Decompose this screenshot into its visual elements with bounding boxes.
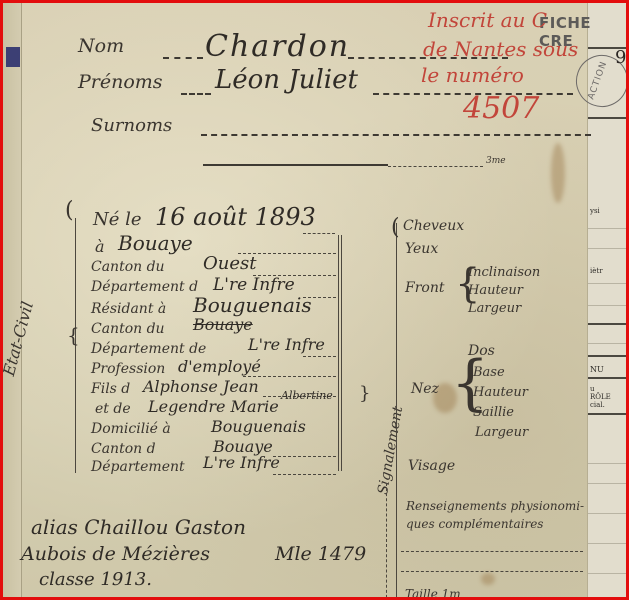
front-item: Largeur bbox=[468, 301, 521, 316]
prenoms-label: Prénoms bbox=[78, 71, 163, 93]
stain bbox=[551, 143, 565, 203]
class-note: classe 1913. bbox=[39, 569, 152, 590]
rule bbox=[588, 483, 626, 484]
mother-label: et de bbox=[95, 401, 131, 417]
departement-value-2: L're Infre bbox=[248, 335, 325, 354]
nez-item: Saillie bbox=[473, 405, 514, 420]
prenoms-value: Léon Juliet bbox=[215, 65, 358, 95]
document-scan: ysi iètr NU u RÔLE cial. FICHE CRE ACTIO… bbox=[3, 3, 626, 597]
profession-value: d'employé bbox=[178, 357, 261, 376]
rule bbox=[588, 283, 626, 284]
stamp-circle-text: ACTION bbox=[586, 60, 609, 101]
card-text: ysi bbox=[590, 207, 600, 215]
nez-item: Hauteur bbox=[473, 385, 528, 400]
front-item: Inclinaison bbox=[468, 265, 540, 280]
departement-label: Département d bbox=[91, 279, 198, 295]
rule bbox=[588, 248, 626, 249]
rule bbox=[588, 343, 626, 344]
canton-value: Ouest bbox=[203, 253, 256, 274]
card-text: cial. bbox=[590, 401, 605, 409]
departement-value: L're Infre bbox=[213, 275, 295, 295]
mother-value: Legendre Marie bbox=[148, 397, 279, 416]
front-label: Front bbox=[405, 280, 444, 296]
small-mark: 3me bbox=[486, 156, 506, 166]
dashed-line bbox=[201, 134, 591, 136]
profession-label: Profession bbox=[91, 361, 165, 377]
surnoms-label: Surnoms bbox=[91, 115, 172, 136]
canton-value-2: Bouaye bbox=[193, 315, 253, 334]
matricule-note: Mle 1479 bbox=[275, 543, 366, 565]
rule bbox=[588, 228, 626, 229]
separator bbox=[203, 164, 388, 166]
blue-tab-marker bbox=[6, 47, 20, 67]
born-label: Né le bbox=[93, 209, 142, 230]
residence-label: Résidant à bbox=[91, 301, 166, 317]
dashed-line bbox=[163, 57, 203, 59]
canton-label-3: Canton d bbox=[91, 441, 156, 457]
brace: { bbox=[67, 323, 80, 347]
cheveux-label: Cheveux bbox=[403, 218, 464, 234]
father-label: Fils d bbox=[91, 381, 130, 397]
taille-label: Taille 1m bbox=[405, 587, 461, 597]
departement-value-3: L're Infre bbox=[203, 453, 280, 472]
nez-item: Dos bbox=[468, 343, 495, 359]
front-item: Hauteur bbox=[468, 283, 523, 298]
dashed-line bbox=[401, 551, 583, 552]
nom-value: Chardon bbox=[205, 29, 350, 64]
red-annotation-line2: de Nantes sous bbox=[423, 37, 578, 61]
registration-number: 4507 bbox=[463, 91, 539, 126]
residence-value: Bouguenais bbox=[193, 293, 312, 317]
card-text: RÔLE bbox=[590, 393, 611, 401]
canton-label: Canton du bbox=[91, 259, 165, 275]
rule bbox=[588, 513, 626, 514]
nez-label: Nez bbox=[411, 381, 439, 397]
rule bbox=[588, 573, 626, 574]
brace: } bbox=[359, 383, 370, 404]
renseignements-label-2: ques complémentaires bbox=[406, 517, 543, 531]
brace: ( bbox=[65, 198, 74, 223]
signalement-dotted-line bbox=[386, 483, 387, 597]
alias-note: alias Chaillou Gaston bbox=[31, 515, 246, 539]
rule bbox=[588, 355, 626, 357]
rule bbox=[588, 543, 626, 544]
rule bbox=[588, 117, 626, 119]
signalement-line bbox=[396, 223, 397, 597]
mother-value-2: Albertine bbox=[281, 389, 333, 402]
stain bbox=[481, 573, 495, 585]
dashed-line bbox=[388, 166, 483, 167]
departement-label-3: Département bbox=[91, 459, 185, 475]
dashed-line bbox=[273, 474, 336, 475]
birth-place-label: à bbox=[95, 237, 105, 256]
father-value: Alphonse Jean bbox=[143, 377, 259, 396]
red-annotation-line1: Inscrit au C bbox=[428, 8, 547, 32]
card-text: iètr bbox=[590, 267, 603, 275]
dashed-line bbox=[181, 93, 211, 95]
dashed-line bbox=[273, 456, 336, 457]
card-text: u bbox=[590, 385, 595, 393]
renseignements-label: Renseignements physionomi- bbox=[406, 499, 584, 513]
rule bbox=[588, 463, 626, 464]
dashed-line bbox=[303, 356, 336, 357]
rule bbox=[588, 377, 626, 379]
yeux-label: Yeux bbox=[405, 241, 438, 257]
dashed-line bbox=[401, 571, 583, 572]
stamp-digit: 9 bbox=[615, 47, 626, 68]
rule bbox=[588, 413, 626, 415]
nez-item: Largeur bbox=[475, 425, 528, 440]
canton-label-2: Canton du bbox=[91, 321, 165, 337]
domicile-label: Domicilié à bbox=[91, 421, 171, 437]
birth-date: 16 août 1893 bbox=[155, 203, 316, 231]
domicile-value: Bouguenais bbox=[211, 417, 306, 436]
rule bbox=[588, 323, 626, 325]
birth-place: Bouaye bbox=[118, 231, 193, 255]
origin-note: Aubois de Mézières bbox=[21, 543, 210, 565]
nez-item: Base bbox=[473, 365, 505, 380]
departement-label-2: Département de bbox=[91, 341, 206, 357]
card-text: NU bbox=[590, 365, 604, 374]
visage-label: Visage bbox=[408, 458, 455, 474]
rule bbox=[588, 305, 626, 306]
brace: ( bbox=[391, 215, 400, 240]
nom-label: Nom bbox=[78, 35, 124, 57]
dashed-line bbox=[303, 233, 335, 234]
signalement-label: Signalement bbox=[375, 405, 406, 496]
form-border bbox=[341, 235, 342, 471]
form-border bbox=[338, 235, 339, 471]
red-annotation-line3: le numéro bbox=[421, 63, 524, 87]
